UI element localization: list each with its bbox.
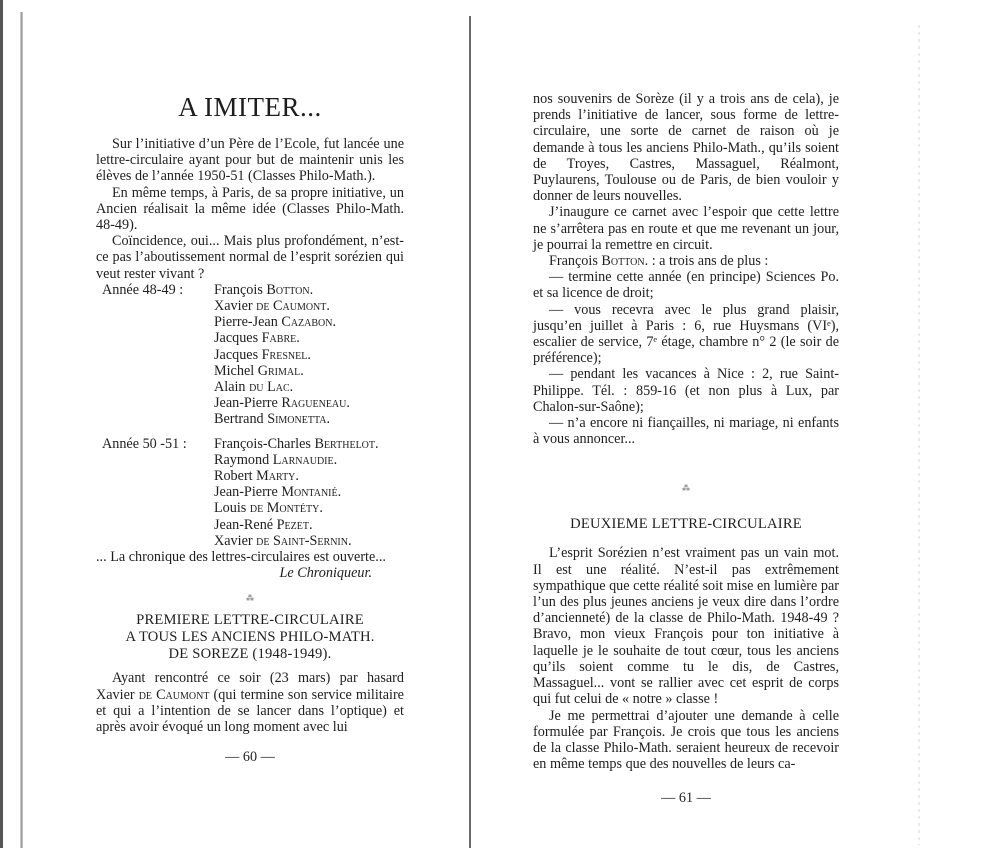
botton-entry: François Botton. : a trois ans de plus : — [533, 253, 839, 269]
paragraph: Je me permettrai d’ajouter une demande à… — [533, 708, 839, 773]
list-item: — pendant les vacances à Nice : 2, rue S… — [533, 366, 839, 415]
roster-name: Jean-Pierre Ragueneau. — [214, 395, 404, 411]
section-heading: DEUXIEME LETTRE-CIRCULAIRE — [533, 516, 839, 533]
roster-names: François Botton. Xavier de Caumont. Pier… — [214, 282, 404, 428]
roster-name: François-Charles Berthelot. — [214, 436, 404, 452]
roster-name: Jean-Pierre Montanié. — [214, 484, 404, 500]
roster-name: Jacques Fresnel. — [214, 347, 404, 363]
roster-name: Michel Grimal. — [214, 363, 404, 379]
roster-name: Robert Marty. — [214, 468, 404, 484]
section-heading: PREMIERE LETTRE-CIRCULAIRE A TOUS LES AN… — [96, 612, 404, 663]
roster-name: Jacques Fabre. — [214, 330, 404, 346]
heading-line: PREMIERE LETTRE-CIRCULAIRE — [96, 612, 404, 629]
page-number: — 60 — — [96, 749, 404, 765]
paragraph: L’esprit Sorézien n’est vraiment pas un … — [533, 545, 839, 707]
roster-name: Xavier de Saint-Sernin. — [214, 533, 404, 549]
asterism-ornament-icon: ⁂ — [96, 595, 404, 602]
right-page: nos souvenirs de Sorèze (il y a trois an… — [533, 91, 839, 807]
roster-name: François Botton. — [214, 282, 404, 298]
roster-name: Pierre-Jean Cazabon. — [214, 314, 404, 330]
roster-name: Alain du Lac. — [214, 379, 404, 395]
roster-year-label: Année 48-49 : — [96, 282, 214, 428]
roster-name: Louis de Montéty. — [214, 500, 404, 516]
roster-name: Raymond Larnaudie. — [214, 452, 404, 468]
scan-edge-left — [0, 0, 3, 848]
roster-name: Bertrand Simonetta. — [214, 411, 404, 427]
left-page: A IMITER... Sur l’initiative d’un Père d… — [96, 91, 404, 766]
heading-line: DE SOREZE (1948-1949). — [96, 646, 404, 663]
page-edge-right — [918, 25, 920, 845]
letter-paragraph: Ayant rencontré ce soir (23 mars) par ha… — [96, 670, 404, 735]
page-number: — 61 — — [533, 790, 839, 806]
page-title: A IMITER... — [96, 91, 404, 123]
roster-50-51: Année 50 -51 : François-Charles Berthelo… — [96, 436, 404, 549]
asterism-ornament-icon: ⁂ — [533, 485, 839, 492]
heading-line: A TOUS LES ANCIENS PHILO-MATH. — [96, 629, 404, 646]
list-item: — n’a encore ni fiançailles, ni mariage,… — [533, 415, 839, 447]
book-spine — [469, 16, 471, 848]
intro-paragraph: En même temps, à Paris, de sa propre ini… — [96, 185, 404, 234]
roster-48-49: Année 48-49 : François Botton. Xavier de… — [96, 282, 404, 428]
intro-paragraph: Sur l’initiative d’un Père de l’Ecole, f… — [96, 136, 404, 185]
list-item: — termine cette année (en principe) Scie… — [533, 269, 839, 301]
roster-name: Xavier de Caumont. — [214, 298, 404, 314]
list-item: — vous recevra avec le plus grand plaisi… — [533, 302, 839, 367]
continuation-paragraph: nos souvenirs de Sorèze (il y a trois an… — [533, 91, 839, 204]
roster-name: Jean-René Pezet. — [214, 517, 404, 533]
signature: Le Chroniqueur. — [96, 565, 404, 581]
paragraph: J’inaugure ce carnet avec l’espoir que c… — [533, 204, 839, 253]
closing-line: ... La chronique des lettres-circulaires… — [96, 549, 404, 565]
roster-year-label: Année 50 -51 : — [96, 436, 214, 549]
roster-names: François-Charles Berthelot. Raymond Larn… — [214, 436, 404, 549]
page-edge-shadow — [20, 12, 23, 848]
intro-paragraph: Coïncidence, oui... Mais plus profondéme… — [96, 233, 404, 282]
